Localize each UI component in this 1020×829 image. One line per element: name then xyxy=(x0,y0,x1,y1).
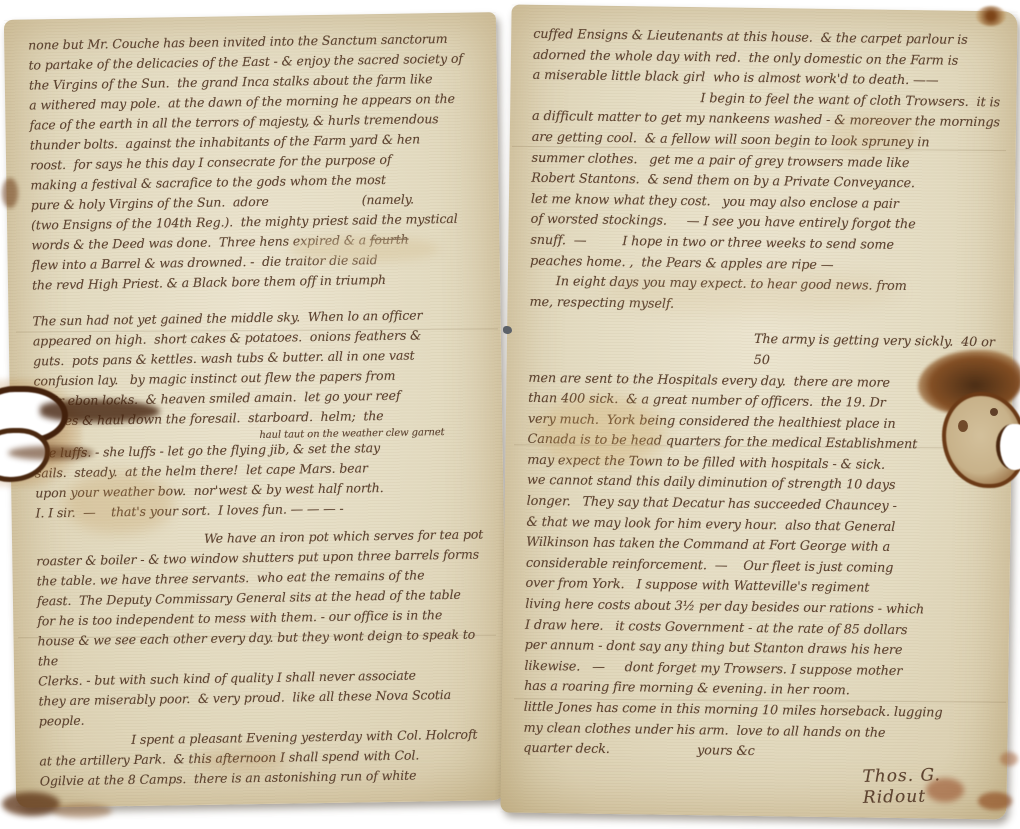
line-text: words & the Deed was done. Three hens ex… xyxy=(31,232,370,252)
letter-text-left: none but Mr. Couche has been invited int… xyxy=(28,28,498,791)
letter-page-right: cuffed Ensigns & Lieutenants at this hou… xyxy=(500,5,1017,820)
struck-word: fourth xyxy=(370,232,409,248)
letter-line: The army is getting very sickly. 40 or 5… xyxy=(529,327,1002,375)
letter-scan: none but Mr. Couche has been invited int… xyxy=(0,0,1020,829)
signature: Thos. G. Ridout xyxy=(522,764,995,815)
letter-text-right: cuffed Ensigns & Lieutenants at this hou… xyxy=(522,25,1005,813)
letter-page-left: none but Mr. Couche has been invited int… xyxy=(4,12,508,808)
